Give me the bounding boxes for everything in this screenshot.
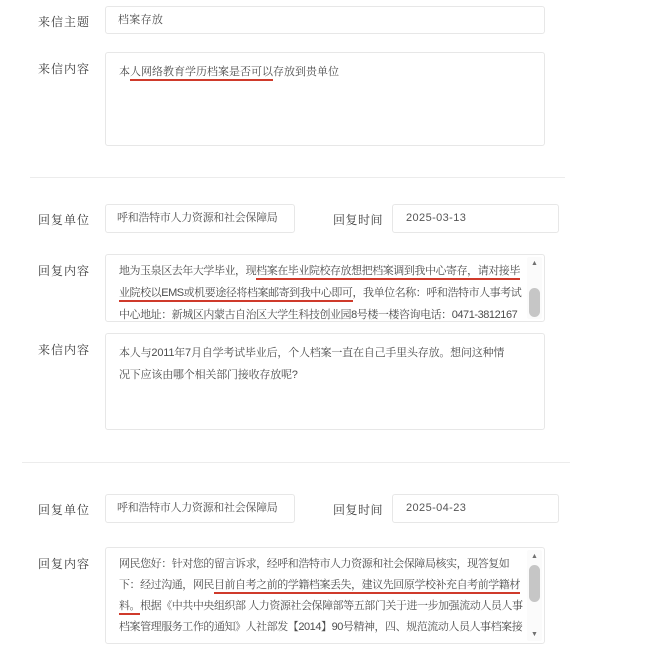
- reply1-content-text: 地为玉泉区去年大学毕业，现档案在毕业院校存放想把档案调到我中心寄存，请对接毕业院…: [119, 260, 525, 322]
- scroll-down-icon[interactable]: ▼: [527, 628, 542, 641]
- reply1-unit-input[interactable]: 呼和浩特市人力资源和社会保障局: [105, 204, 295, 233]
- scrollbar-thumb[interactable]: [529, 565, 540, 602]
- reply2-unit-label: 回复单位: [0, 494, 90, 518]
- section-divider: [22, 462, 570, 463]
- reply1-scrollbar[interactable]: ▲: [527, 257, 542, 319]
- reply1-content-row: 回复内容 地为玉泉区去年大学毕业，现档案在毕业院校存放想把档案调到我中心寄存，请…: [0, 254, 650, 322]
- reply2-content-row: 回复内容 网民您好：针对您的留言诉求，经呼和浩特市人力资源和社会保障局核实，现答…: [0, 547, 650, 644]
- text-segment: 本: [119, 66, 130, 78]
- reply1-content-label: 回复内容: [0, 254, 90, 279]
- letter2-content-row: 来信内容 本人与2011年7月自学考试毕业后，个人档案一直在自己手里头存放。想问…: [0, 333, 650, 430]
- reply2-content-label: 回复内容: [0, 547, 90, 572]
- letter-subject-label: 来信主题: [0, 6, 90, 30]
- letter2-content-label: 来信内容: [0, 333, 90, 358]
- text-segment: 存放到贵单位: [273, 66, 339, 78]
- reply1-time-input[interactable]: 2025-03-13: [392, 204, 559, 233]
- scroll-up-icon[interactable]: ▲: [527, 550, 542, 563]
- letter-content-textarea[interactable]: 本人网络教育学历档案是否可以存放到贵单位: [105, 52, 545, 146]
- letter-content-label: 来信内容: [0, 52, 90, 77]
- section-divider: [30, 177, 565, 178]
- reply2-unit-input[interactable]: 呼和浩特市人力资源和社会保障局: [105, 494, 295, 523]
- reply2-meta-row: 回复单位 呼和浩特市人力资源和社会保障局 回复时间 2025-04-23: [0, 494, 650, 523]
- reply1-meta-row: 回复单位 呼和浩特市人力资源和社会保障局 回复时间 2025-03-13: [0, 204, 650, 233]
- letter2-content-textarea[interactable]: 本人与2011年7月自学考试毕业后，个人档案一直在自己手里头存放。想问这种情况下…: [105, 333, 545, 430]
- reply1-time-label: 回复时间: [333, 204, 383, 228]
- letter-subject-input[interactable]: 档案存放: [105, 6, 545, 34]
- reply2-scrollbar[interactable]: ▲ ▼: [527, 550, 542, 641]
- text-segment: 本人与2011年7月自学考试毕业后，个人档案一直在自己手里头存放。想问这种情况下…: [119, 347, 504, 381]
- scroll-up-icon[interactable]: ▲: [527, 257, 542, 270]
- scrollbar-thumb[interactable]: [529, 288, 540, 317]
- red-underline-annotation: 人网络教育学历档案是否可以: [130, 66, 273, 81]
- letter-detail-page: 来信主题 档案存放 来信内容 本人网络教育学历档案是否可以存放到贵单位 回复单位…: [0, 0, 650, 644]
- letter2-content-text: 本人与2011年7月自学考试毕业后，个人档案一直在自己手里头存放。想问这种情况下…: [119, 342, 513, 386]
- reply1-content-textarea[interactable]: 地为玉泉区去年大学毕业，现档案在毕业院校存放想把档案调到我中心寄存，请对接毕业院…: [105, 254, 545, 322]
- text-segment: 根据《中共中央组织部 人力资源社会保障部等五部门关于进一步加强流动人员人事档案管…: [119, 600, 523, 633]
- text-segment: 地为玉泉区去年大学毕业，现: [119, 265, 256, 277]
- reply2-content-text: 网民您好：针对您的留言诉求，经呼和浩特市人力资源和社会保障局核实，现答复如下：经…: [119, 554, 525, 638]
- letter-content-row: 来信内容 本人网络教育学历档案是否可以存放到贵单位: [0, 52, 650, 146]
- reply2-time-label: 回复时间: [333, 494, 383, 518]
- letter-content-text: 本人网络教育学历档案是否可以存放到贵单位: [119, 61, 520, 83]
- reply2-time-input[interactable]: 2025-04-23: [392, 494, 559, 523]
- letter-subject-row: 来信主题 档案存放: [0, 6, 650, 34]
- reply1-unit-label: 回复单位: [0, 204, 90, 228]
- reply2-content-textarea[interactable]: 网民您好：针对您的留言诉求，经呼和浩特市人力资源和社会保障局核实，现答复如下：经…: [105, 547, 545, 644]
